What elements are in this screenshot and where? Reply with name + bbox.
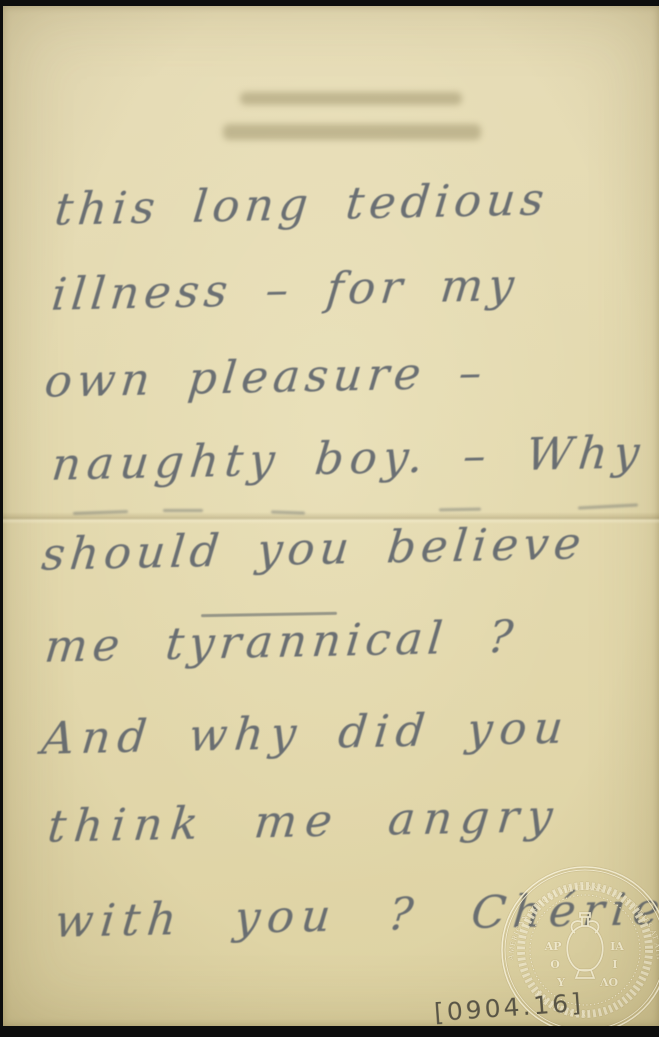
- seal-greek-letter: ΑΡ: [544, 940, 562, 953]
- seal-greek-letter: Ο: [550, 958, 560, 971]
- handwritten-line-7: And why did you: [39, 701, 572, 765]
- scanned-letter-page: this long tedious illness – for my own p…: [0, 0, 659, 1037]
- handwritten-line-4: naughty boy. – Why: [49, 426, 648, 491]
- seal-greek-letter: ΛΟ: [599, 976, 619, 989]
- seal-greek-letter: ΙΑ: [610, 940, 624, 953]
- handwritten-line-3: own pleasure –: [42, 346, 489, 408]
- handwritten-line-5: should you believe: [39, 517, 588, 581]
- letter-paper: this long tedious illness – for my own p…: [3, 6, 659, 1026]
- handwritten-line-1: this long tedious: [52, 173, 551, 236]
- seal-amphora-icon: [567, 913, 603, 978]
- handwritten-line-6: me tyrannical ?: [42, 610, 520, 673]
- handwritten-line-2: illness – for my: [49, 258, 521, 321]
- svg-text:AMERICAN SCHOOL OF CLASSICAL S: AMERICAN SCHOOL OF CLASSICAL STUDIES AT …: [495, 860, 659, 960]
- seal-greek-letter: Ι: [612, 958, 617, 971]
- seal-greek-letter: Υ: [556, 976, 565, 989]
- seal-ring-text: AMERICAN SCHOOL OF CLASSICAL STUDIES AT …: [495, 860, 659, 960]
- handwritten-line-8: think me angry: [45, 789, 563, 853]
